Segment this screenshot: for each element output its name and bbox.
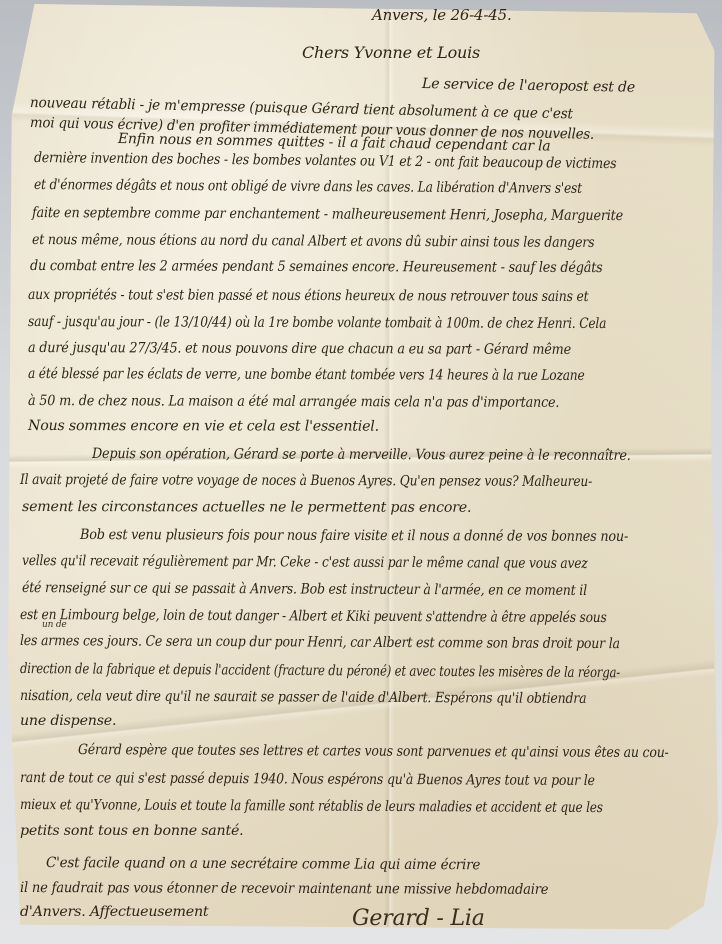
interlinear-note: un de	[42, 620, 67, 630]
letter-line: sement les circonstances actuelles ne le…	[22, 499, 471, 516]
letter-place-date: Anvers, le 26-4-45.	[372, 6, 512, 24]
letter-line: une dispense.	[20, 713, 116, 729]
letter-line: petits sont tous en bonne santé.	[20, 823, 243, 839]
letter-line: rant de tout ce qui s'est passé depuis 1…	[20, 770, 595, 789]
letter-line: nisation, cela veut dire qu'il ne saurai…	[20, 688, 586, 707]
letter-line: été renseigné sur ce qui se passait à An…	[22, 580, 587, 599]
torn-corner	[9, 21, 51, 77]
letter-salutation: Chers Yvonne et Louis	[302, 43, 480, 62]
letter-line: a duré jusqu'au 27/3/45. et nous pouvons…	[28, 340, 571, 358]
letter-line: est en Limbourg belge, loin de tout dang…	[20, 607, 607, 626]
photo-background: Anvers, le 26-4-45. Chers Yvonne et Loui…	[0, 0, 722, 944]
letter-line: Nous sommes encore en vie et cela est l'…	[28, 418, 379, 435]
letter-line: faite en septembre comme par enchantemen…	[32, 205, 623, 224]
letter-line: Bob est venu plusieurs fois pour nous fa…	[80, 527, 628, 545]
letter-line: Depuis son opération, Gérard se porte à …	[92, 446, 631, 464]
letter-line: sauf - jusqu'au jour - (le 13/10/44) où …	[28, 314, 606, 332]
letter-line: a été blessé par les éclats de verre, un…	[28, 366, 585, 384]
letter-line: du combat entre les 2 armées pendant 5 s…	[30, 258, 603, 276]
letter-closing: d'Anvers. Affectueusement	[20, 904, 208, 920]
letter-line: C'est facile quand on a une secrétaire c…	[46, 855, 480, 873]
letter-line: il ne faudrait pas vous étonner de recev…	[20, 880, 548, 898]
letter-line: mieux et qu'Yvonne, Louis et toute la fa…	[20, 797, 603, 816]
letter-line: Il avait projeté de faire votre voyage d…	[20, 472, 592, 490]
letter-line: velles qu'il recevait régulièrement par …	[22, 553, 588, 572]
letter-line: et nous même, nous étions au nord du can…	[32, 232, 594, 251]
letter-line: à 50 m. de chez nous. La maison a été ma…	[28, 393, 559, 411]
letter-line: les armes ces jours. Ce sera un coup dur…	[20, 633, 620, 652]
letter-line: aux propriétés - tout s'est bien passé e…	[28, 287, 588, 305]
letter-signature: Gerard - Lia	[352, 906, 485, 931]
letter-line: Gérard espère que toutes ses lettres et …	[78, 742, 669, 761]
